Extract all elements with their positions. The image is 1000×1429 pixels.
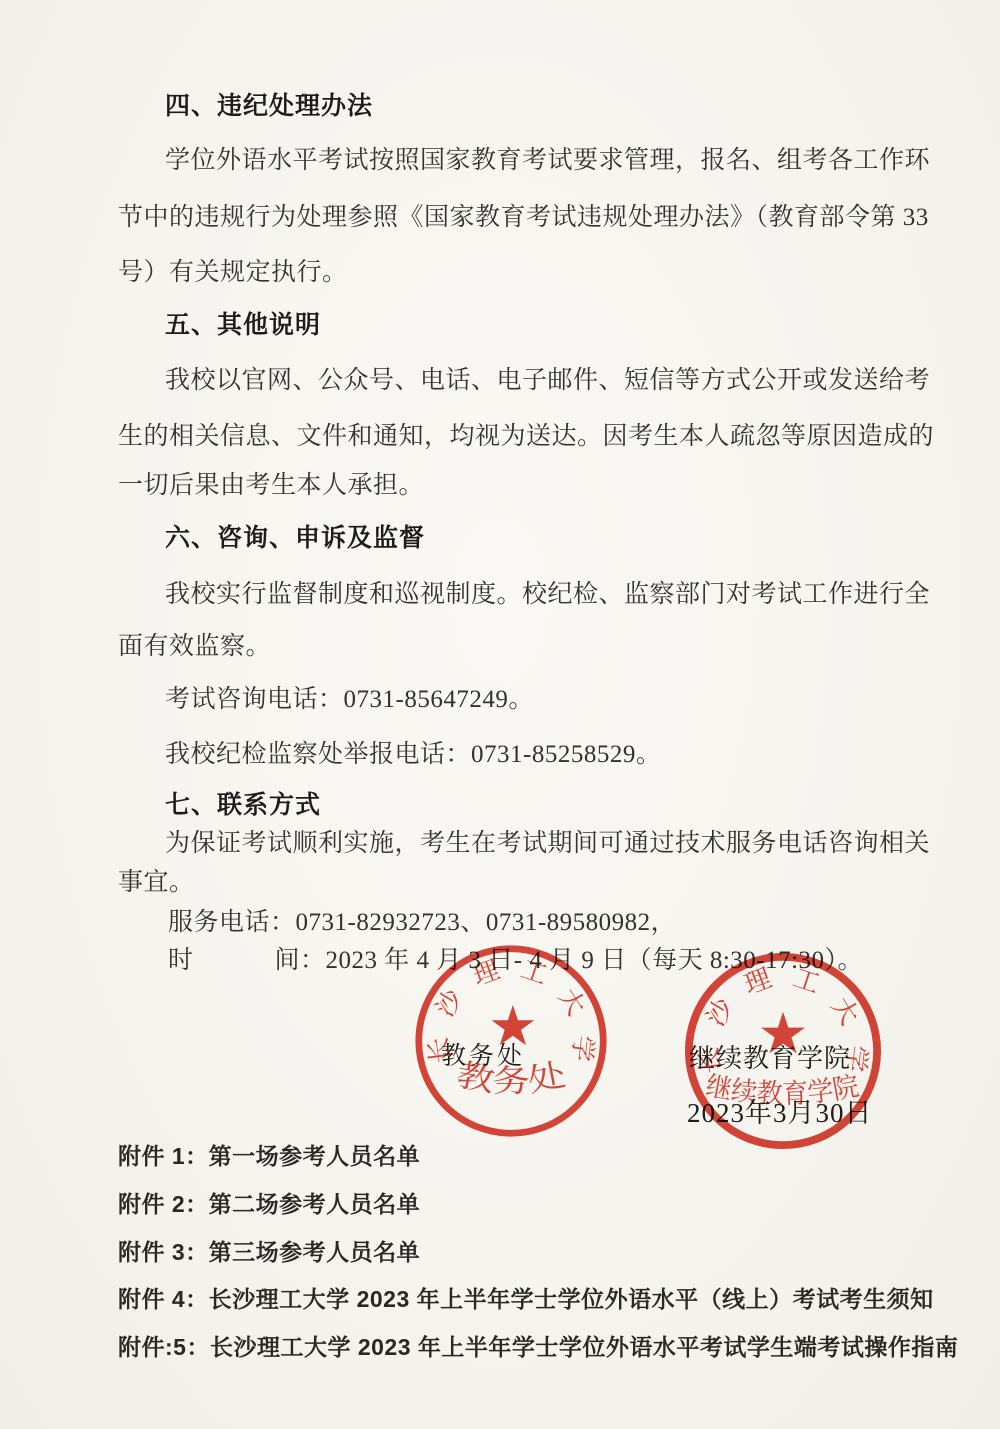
attachment-line: 附件 1：第一场参考人员名单 bbox=[118, 1138, 420, 1171]
section-heading: 七、联系方式 bbox=[165, 785, 321, 821]
section-heading: 五、其他说明 bbox=[165, 305, 321, 341]
section-heading: 六、咨询、申诉及监督 bbox=[165, 518, 425, 554]
body-line: 节中的违规行为处理参照《国家教育考试违规处理办法》（教育部令第 33 bbox=[118, 197, 929, 233]
attachment-line: 附件 2：第二场参考人员名单 bbox=[118, 1186, 420, 1219]
attachment-line: 附件 4：长沙理工大学 2023 年上半年学士学位外语水平（线上）考试考生须知 bbox=[118, 1281, 934, 1314]
body-line: 我校纪检监察处举报电话：0731-85258529。 bbox=[165, 734, 661, 770]
body-line: 生的相关信息、文件和通知，均视为送达。因考生本人疏忽等原因造成的 bbox=[118, 416, 934, 452]
body-line: 面有效监察。 bbox=[118, 626, 271, 662]
body-line: 我校以官网、公众号、电话、电子邮件、短信等方式公开或发送给考 bbox=[165, 360, 930, 396]
attachment-line: 附件 3：第三场参考人员名单 bbox=[118, 1234, 420, 1267]
body-line: 号）有关规定执行。 bbox=[118, 252, 348, 288]
section-heading: 四、违纪处理办法 bbox=[165, 86, 373, 122]
signature-jixu-jiaoyu-xueyuan: 继续教育学院 bbox=[689, 1038, 851, 1075]
body-line: 服务电话：0731-82932723、0731-89580982， bbox=[168, 902, 676, 938]
body-line: 一切后果由考生本人承担。 bbox=[118, 465, 424, 501]
body-line: 学位外语水平考试按照国家教育考试要求管理，报名、组考各工作环 bbox=[165, 140, 930, 176]
issue-date: 2023年3月30日 bbox=[687, 1091, 873, 1130]
body-line: 我校实行监督制度和巡视制度。校纪检、监察部门对考试工作进行全 bbox=[165, 574, 930, 610]
signature-jiaowuchu: 教务处 bbox=[441, 1036, 525, 1072]
body-line: 为保证考试顺利实施，考生在考试期间可通过技术服务电话咨询相关 bbox=[165, 823, 930, 859]
body-line: 事宜。 bbox=[118, 862, 195, 898]
document-page: 四、违纪处理办法学位外语水平考试按照国家教育考试要求管理，报名、组考各工作环节中… bbox=[0, 0, 1000, 1429]
attachment-line: 附件:5：长沙理工大学 2023 年上半年学士学位外语水平考试学生端考试操作指南 bbox=[118, 1329, 958, 1362]
body-line: 考试咨询电话：0731-85647249。 bbox=[165, 679, 534, 715]
